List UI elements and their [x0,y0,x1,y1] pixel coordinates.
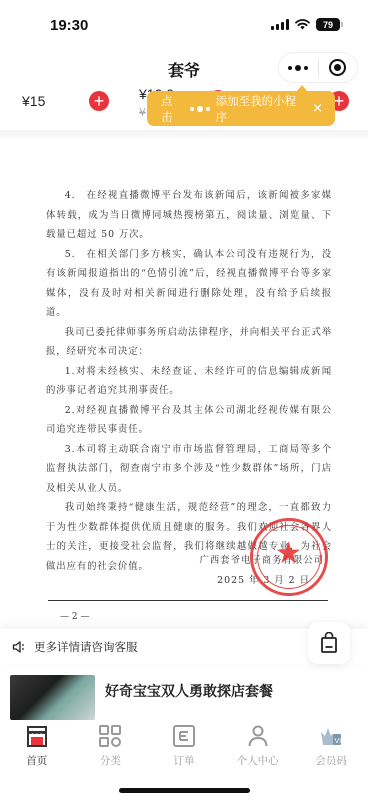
tab-member-code[interactable]: VI 会员码 [294,720,368,775]
cart-button[interactable] [308,622,350,664]
product-price: ¥15 [22,93,45,109]
wifi-icon [295,19,310,30]
tab-home[interactable]: 首页 [0,720,74,775]
document-rule [48,600,328,601]
notice-text: 更多详情请咨询客服 [34,639,138,655]
person-icon [246,724,270,748]
header-shadow [0,130,368,142]
grid-icon [98,724,122,748]
document-page-number: — 2 — [60,612,89,622]
signal-icon [271,19,289,30]
nav-bar: 套爷 [0,48,368,88]
tab-bar: 首页 分类 订单 个人中心 VI 会员码 [0,720,368,775]
mini-program-capsule [278,52,358,83]
tab-label: 会员码 [315,753,347,768]
tab-label: 首页 [26,753,47,768]
document-paragraph: 4. 在经视直播微博平台发布该新闻后，该新闻被多家媒体转载，成为当日微博同城热搜… [46,186,332,245]
tab-label: 分类 [100,753,121,768]
status-time: 19:30 [50,17,88,34]
tab-category[interactable]: 分类 [74,720,148,775]
tab-label: 订单 [173,753,194,768]
document-paragraph: 3.本司将主动联合南宁市市场监督管理局，工商局等多个监督执法部门，彻查南宁市多个… [46,440,332,499]
tab-orders[interactable]: 订单 [147,720,221,775]
home-indicator [119,788,250,793]
product-card[interactable]: 好奇宝宝双人勇敢探店套餐 [10,675,358,720]
document-paragraph: 5. 在相关部门多方核实，确认本公司没有违规行为，没有该新闻报道指出的“色情引流… [46,245,332,323]
speaker-icon [12,640,28,654]
target-icon [329,59,346,76]
seal-star-icon: ★ [275,539,302,569]
tooltip-text: 添加至我的小程序 [216,93,306,125]
more-dots-icon [190,106,210,112]
close-miniprogram-button[interactable] [319,53,358,82]
document-paragraph: 2.对经视直播微博平台及其主体公司湖北经视传媒有限公司追究连带民事责任。 [46,401,332,440]
document-paragraph: 1.对将未经核实、未经查证、未经许可的信息编辑成新闻的涉事记者追究其刑事责任。 [46,362,332,401]
status-icons: 79 [271,18,340,31]
more-button[interactable] [279,53,318,82]
add-miniprogram-tooltip: 点击 添加至我的小程序 × [147,91,335,126]
crown-icon: VI [319,724,343,748]
shopping-bag-icon [320,632,338,654]
tab-profile[interactable]: 个人中心 [221,720,295,775]
order-icon [172,724,196,748]
product-original-price: ¥ [139,106,146,119]
tooltip-prefix: 点击 [161,93,184,125]
tooltip-close-button[interactable]: × [312,101,323,116]
status-bar: 19:30 79 [0,0,368,48]
tab-label: 个人中心 [237,753,279,768]
add-to-cart-button[interactable]: + [89,91,109,111]
product-thumbnail [10,675,95,720]
document-paragraph: 我司已委托律师事务所启动法律程序，并向相关平台正式举报，经研究本司决定： [46,323,332,362]
battery-icon: 79 [316,18,340,31]
svg-text:VI: VI [335,738,342,745]
company-seal: ★ [250,518,328,596]
product-title: 好奇宝宝双人勇敢探店套餐 [105,681,273,701]
store-icon [25,724,49,748]
more-dots-icon [288,65,308,71]
